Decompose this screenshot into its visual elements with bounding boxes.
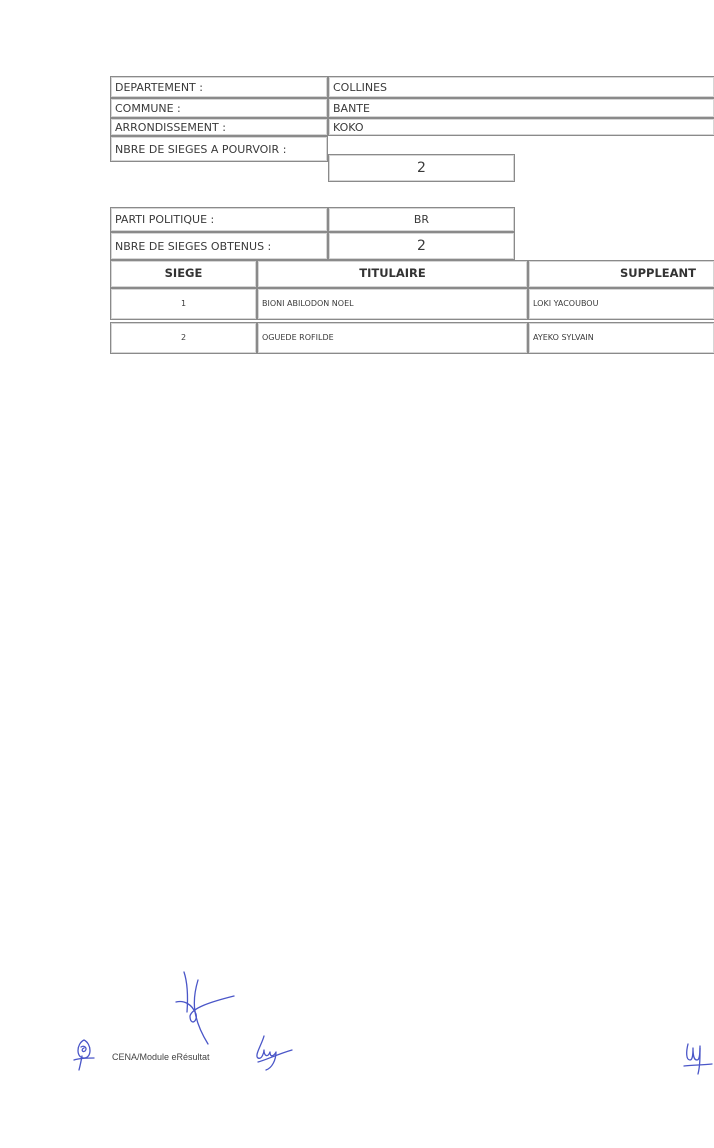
row-1-suppleant: LOKI YACOUBOU xyxy=(528,288,714,320)
sieges-a-pourvoir-value: 2 xyxy=(328,154,515,182)
row-2-suppleant: AYEKO SYLVAIN xyxy=(528,322,714,354)
sieges-obtenus-label: NBRE DE SIEGES OBTENUS : xyxy=(110,232,328,260)
arrondissement-label: ARRONDISSEMENT : xyxy=(110,118,328,136)
module-footer-text: CENA/Module eRésultat xyxy=(112,1052,210,1062)
departement-value: COLLINES xyxy=(328,76,714,98)
sieges-a-pourvoir-label: NBRE DE SIEGES A POURVOIR : xyxy=(110,136,328,162)
row-2-siege: 2 xyxy=(110,322,257,354)
sieges-obtenus-value: 2 xyxy=(328,232,515,260)
parti-politique-label: PARTI POLITIQUE : xyxy=(110,207,328,232)
row-1-siege: 1 xyxy=(110,288,257,320)
row-2-titulaire: OGUEDE ROFILDE xyxy=(257,322,528,354)
parti-politique-value: BR xyxy=(328,207,515,232)
arrondissement-value: KOKO xyxy=(328,118,714,136)
commune-value: BANTE xyxy=(328,98,714,118)
commune-label: COMMUNE : xyxy=(110,98,328,118)
signature-bottom-right xyxy=(682,1040,714,1076)
row-1-titulaire: BIONI ABILODON NOEL xyxy=(257,288,528,320)
departement-label: DEPARTEMENT : xyxy=(110,76,328,98)
signature-top xyxy=(170,970,250,1050)
signature-bottom-left xyxy=(252,1034,296,1074)
header-suppleant: SUPPLEANT xyxy=(528,260,714,288)
header-titulaire: TITULAIRE xyxy=(257,260,528,288)
seal-signature-icon xyxy=(72,1036,102,1072)
header-siege: SIEGE xyxy=(110,260,257,288)
